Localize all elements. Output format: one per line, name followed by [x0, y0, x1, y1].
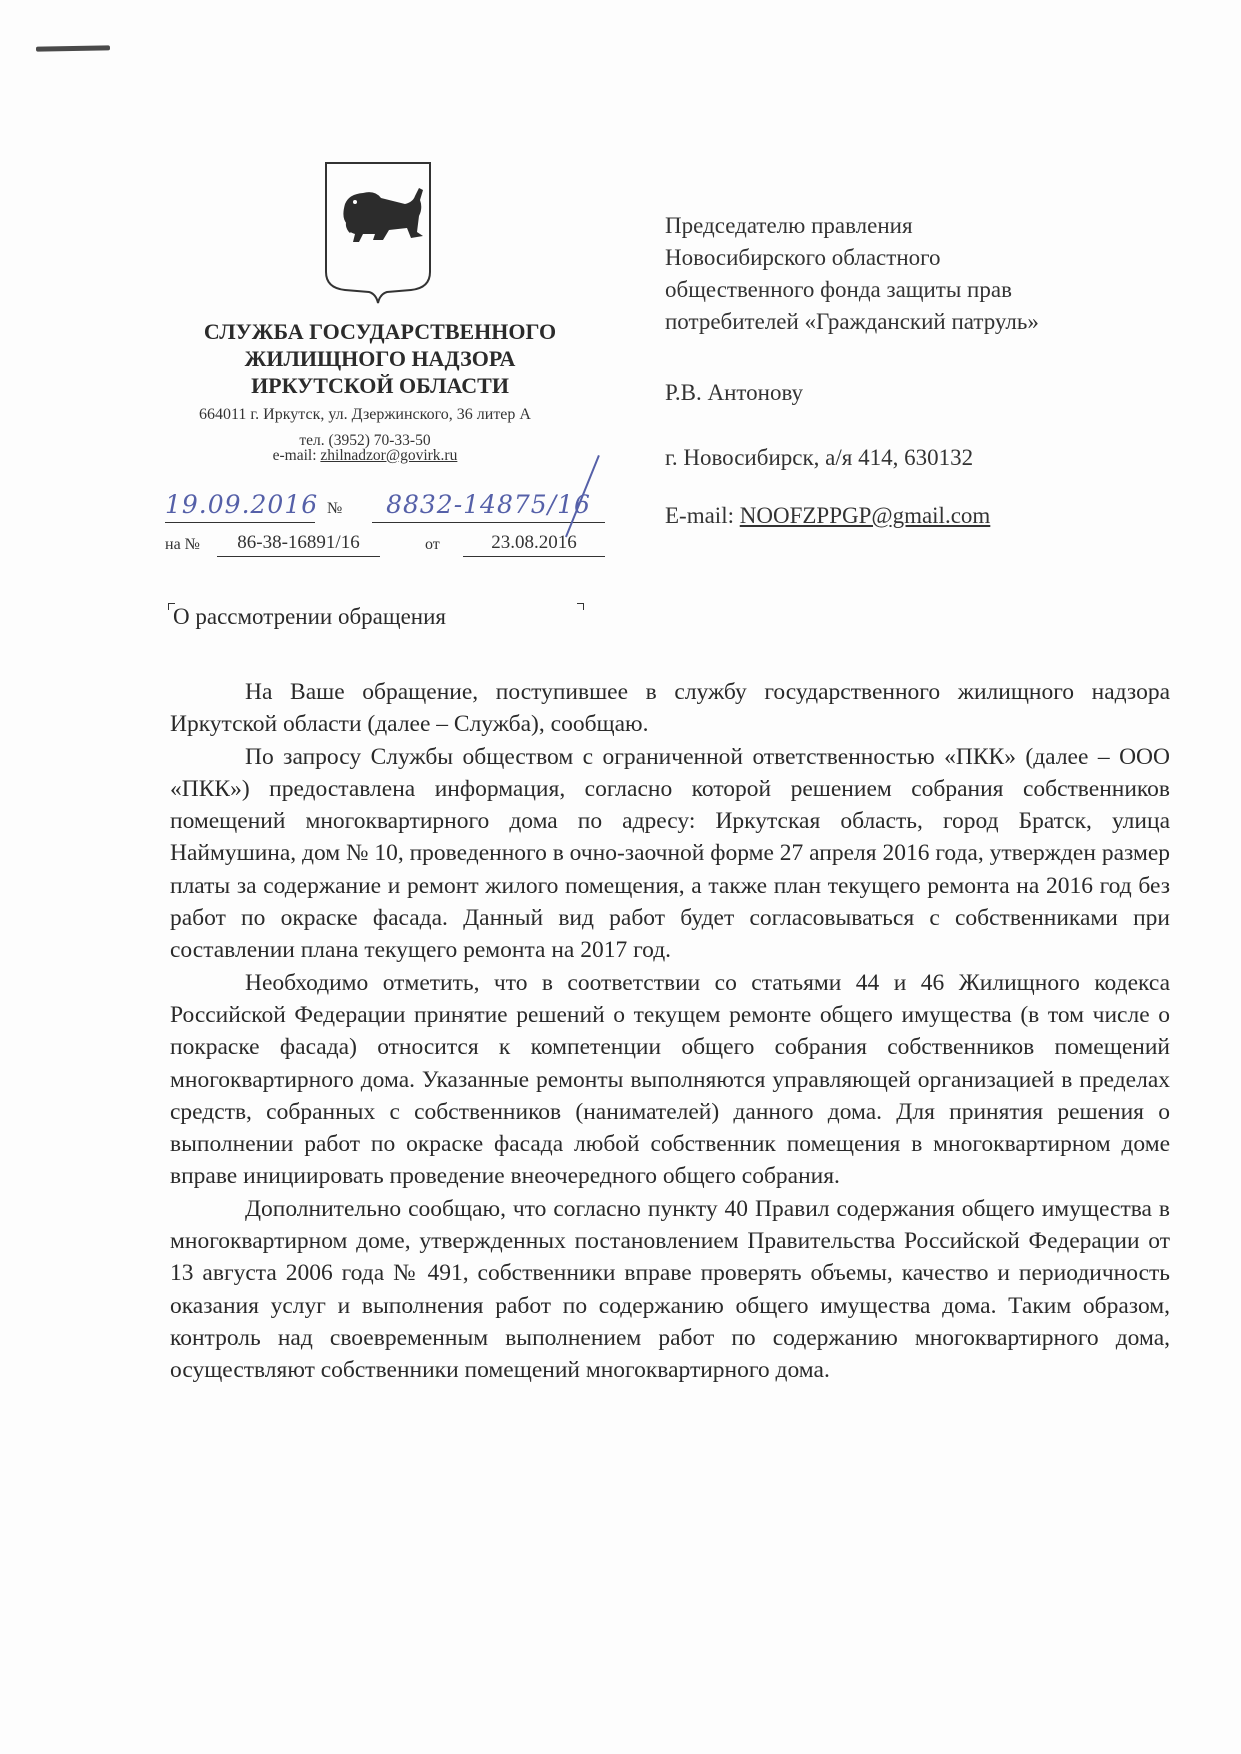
subject-corner-mark-right [577, 603, 584, 610]
outgoing-number: 8832-14875/16 [372, 490, 605, 523]
number-sign-label: № [327, 500, 342, 518]
organization-name: СЛУЖБА ГОСУДАРСТВЕННОГО ЖИЛИЩНОГО НАДЗОР… [150, 318, 610, 399]
org-email-link[interactable]: zhilnadzor@govirk.ru [320, 447, 457, 464]
org-email-label: e-mail: [273, 447, 317, 464]
addressee-postal-address: г. Новосибирск, а/я 414, 630132 [665, 445, 973, 471]
body-paragraph-1: На Ваше обращение, поступившее в службу … [170, 676, 1170, 741]
org-name-line-2: ЖИЛИЩНОГО НАДЗОРА [150, 345, 610, 372]
reply-to-date: 23.08.2016 [463, 532, 605, 557]
outgoing-date: 19.09.2016 [165, 490, 315, 523]
body-paragraph-2: По запросу Службы обществом с ограниченн… [170, 741, 1170, 967]
addressee-email-link[interactable]: NOOFZPPGP@gmail.com [740, 503, 991, 528]
org-name-line-3: ИРКУТСКОЙ ОБЛАСТИ [150, 372, 610, 399]
reply-to-label: на № [165, 536, 200, 554]
addressee-email: E-mail: NOOFZPPGP@gmail.com [665, 503, 990, 529]
irkutsk-coat-of-arms-icon [323, 160, 433, 306]
addressee-line-3: общественного фонда защиты прав [665, 274, 1185, 306]
letter-body: На Ваше обращение, поступившее в службу … [170, 676, 1170, 1387]
scan-artifact-mark [36, 45, 110, 51]
organization-email: e-mail: zhilnadzor@govirk.ru [150, 448, 580, 464]
reply-to-number: 86-38-16891/16 [217, 532, 380, 557]
addressee-block: Председателю правления Новосибирского об… [665, 210, 1185, 338]
addressee-email-label: E-mail: [665, 503, 734, 528]
addressee-line-2: Новосибирского областного [665, 242, 1185, 274]
addressee-line-1: Председателю правления [665, 210, 1185, 242]
organization-address: 664011 г. Иркутск, ул. Дзержинского, 36 … [150, 405, 580, 425]
addressee-line-4: потребителей «Гражданский патруль» [665, 306, 1185, 338]
org-name-line-1: СЛУЖБА ГОСУДАРСТВЕННОГО [150, 318, 610, 345]
letter-subject: О рассмотрении обращения [173, 604, 446, 630]
from-label: от [425, 536, 440, 554]
body-paragraph-4: Дополнительно сообщаю, что согласно пунк… [170, 1193, 1170, 1387]
addressee-name: Р.В. Антонову [665, 380, 803, 406]
body-paragraph-3: Необходимо отметить, что в соответствии … [170, 967, 1170, 1193]
